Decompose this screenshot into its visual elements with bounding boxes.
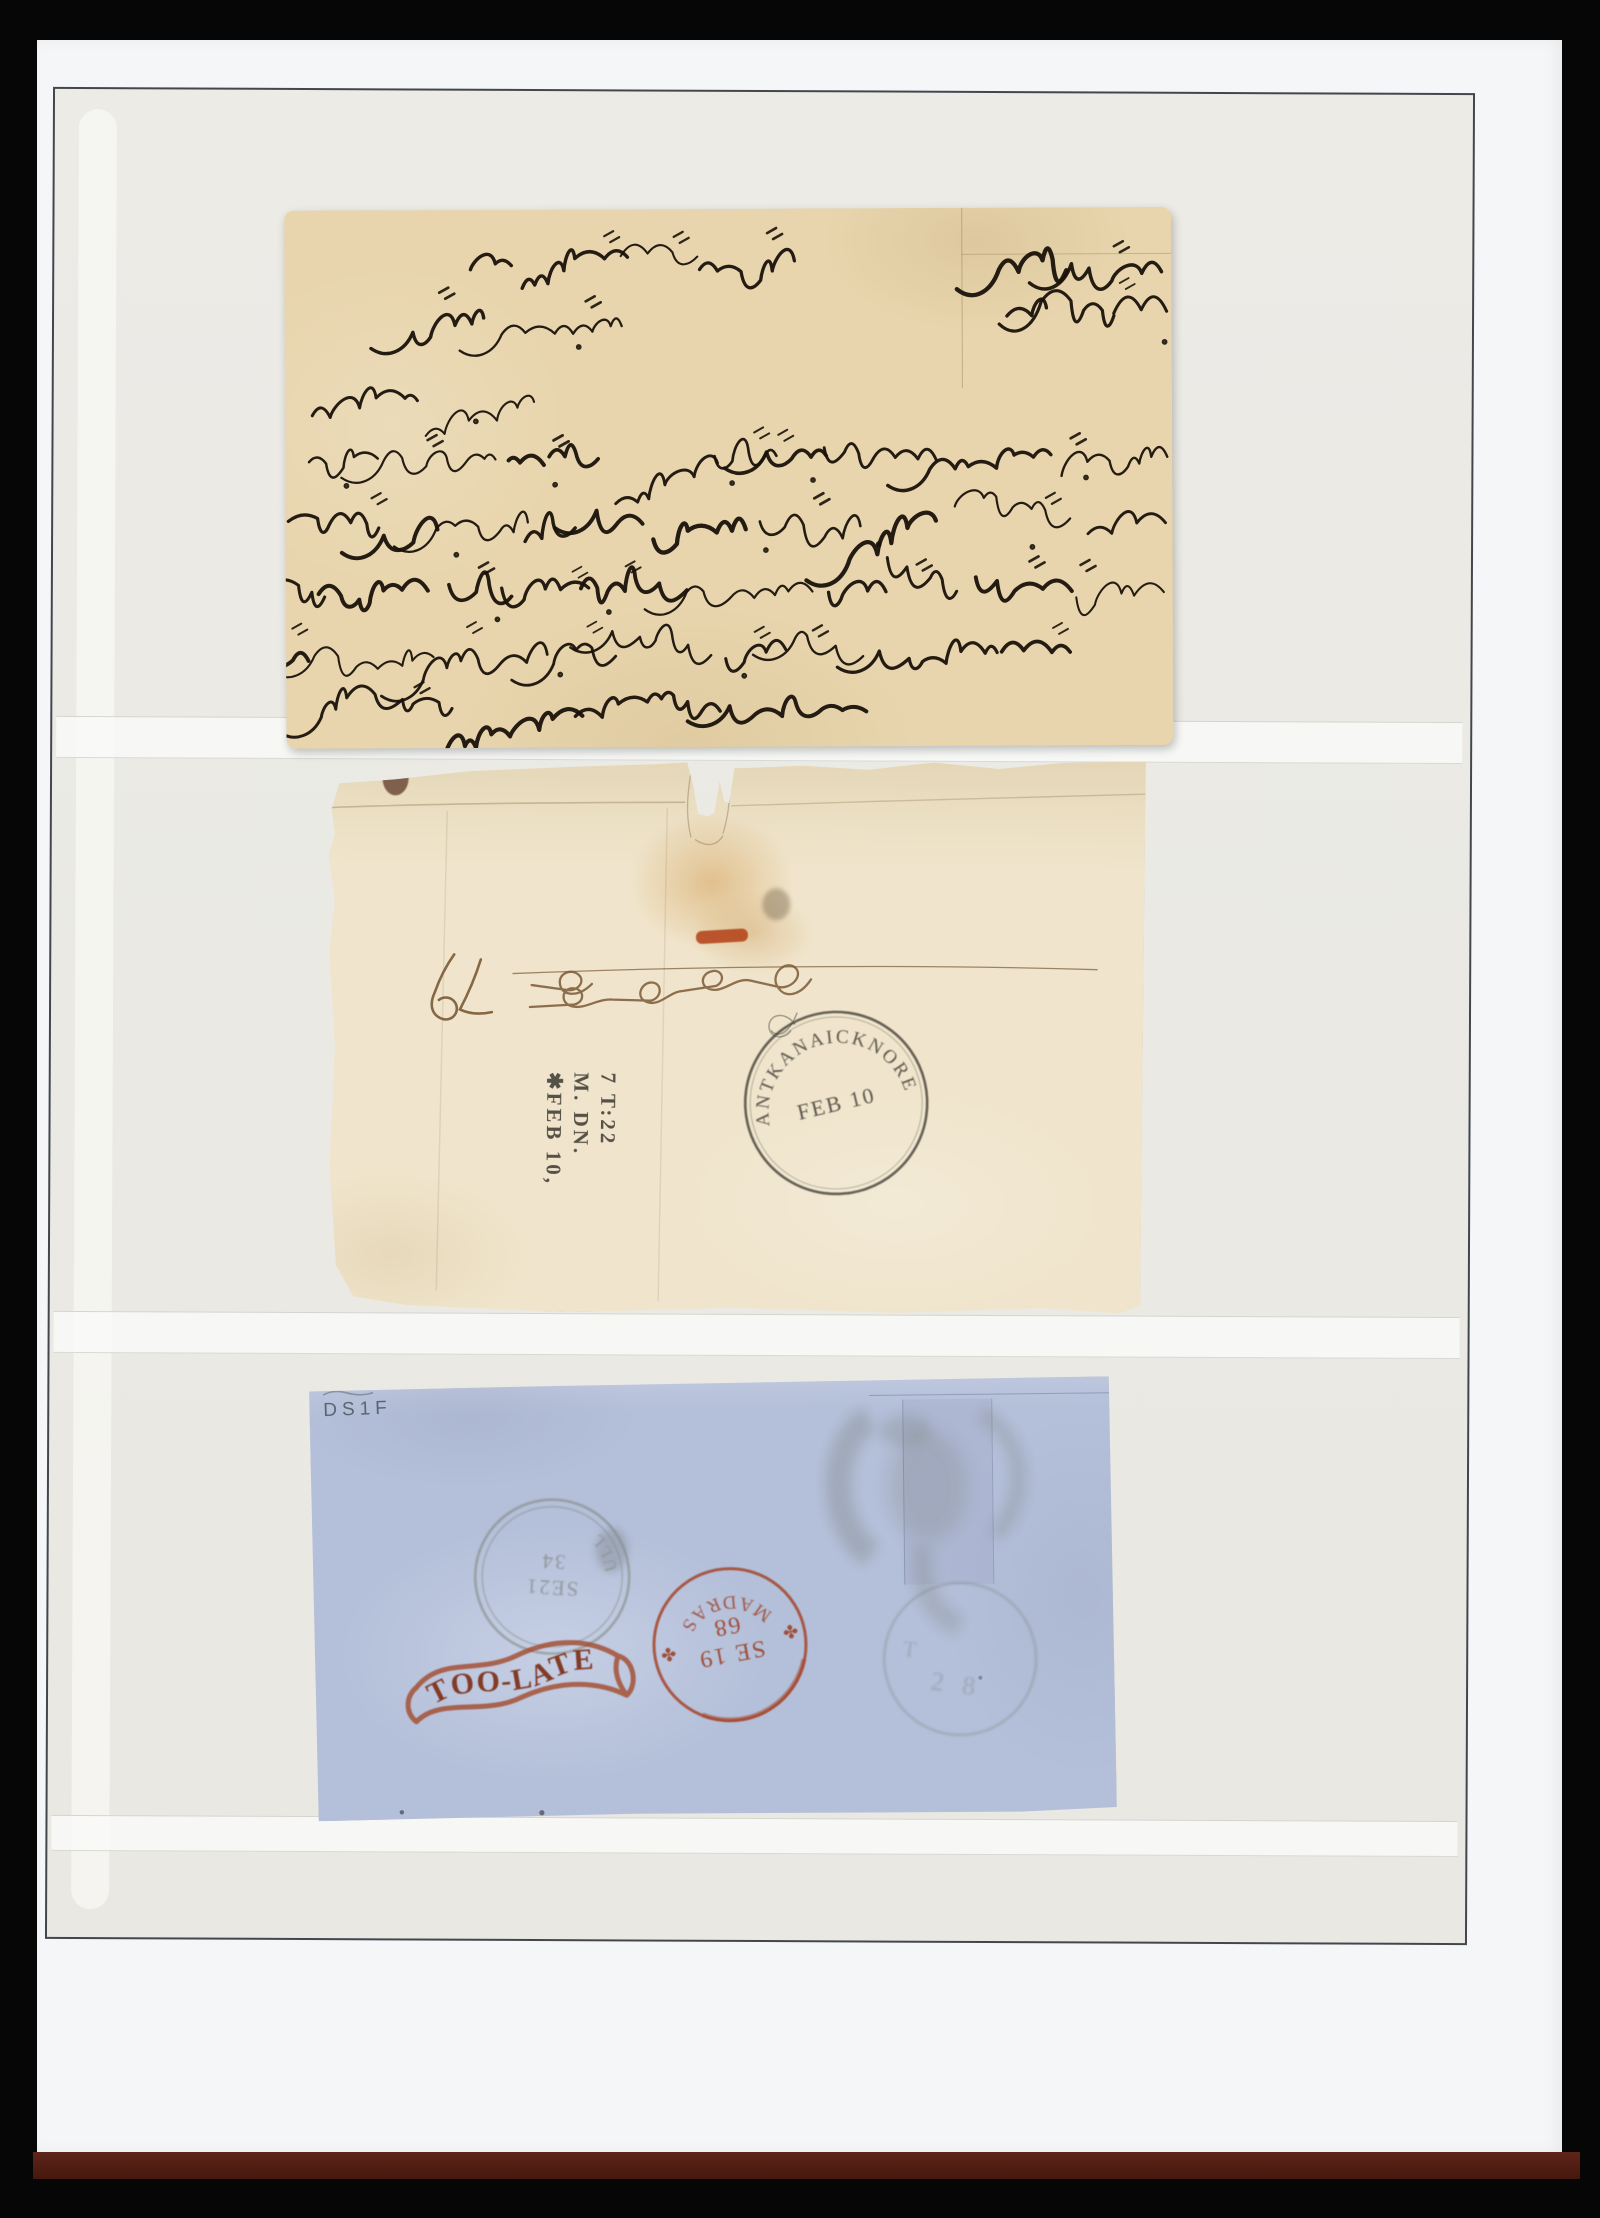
mount-channel [71,109,117,1909]
postmarks: ULL SE21 34 TOO-LATE ✤ [309,1376,1117,1821]
cover-cream-entire: ANTKANAICKNORE FEB 10 7 T:22 M. DN. ✱FEB… [324,750,1146,1319]
cds-antkanaicknore: ANTKANAICKNORE FEB 10 [727,993,946,1212]
docket-numerals [430,952,498,1024]
seal-remnant [382,761,408,795]
faint-cds-chars: 2 8 [929,1667,983,1702]
album-binder-edge [33,2152,1580,2179]
handstamp-line1: 7 T:22 [593,1072,622,1232]
faint-cds-extra: T [901,1636,918,1663]
transit-handstamp: 7 T:22 M. DN. ✱FEB 10, [536,1072,622,1233]
gray-cds-line2: 34 [540,1549,566,1574]
red-cds-ornament-left: ✤ [781,1620,800,1642]
cds-red-madras: ✤ ✤ SE 19 68 MADRAS [641,1556,818,1733]
cover-native-letter [284,207,1173,749]
cds-date-text: FEB 10 [795,1082,878,1125]
pocket-strip [54,1311,1460,1359]
wax-streak [696,928,749,944]
manuscript-script [284,207,1173,749]
cds-gray-faint: ULL SE21 34 [471,1495,634,1658]
handstamp-star: ✱ [542,1072,566,1093]
cds-faint-circle: 2 8 T [875,1574,1045,1744]
manuscript-address [530,945,812,1029]
handstamp-line2: M. DN. [566,1072,595,1232]
handstamp-line3: FEB 10, [541,1092,566,1186]
red-cds-date: SE 19 [696,1634,768,1672]
pencil-squiggle [769,1012,797,1037]
crest-smudge [837,1413,1020,1627]
cover-blue-entire: DS1F ULL SE21 34 [309,1376,1117,1821]
pocket-strip [51,1815,1457,1857]
cover-markings: ANTKANAICKNORE FEB 10 [324,750,1146,1319]
too-late-handstamp: TOO-LATE [403,1635,636,1722]
gray-cds-line1: SE21 [524,1574,579,1601]
page-frame: ANTKANAICKNORE FEB 10 7 T:22 M. DN. ✱FEB… [45,87,1475,1945]
scanned-album-page: ANTKANAICKNORE FEB 10 7 T:22 M. DN. ✱FEB… [0,0,1600,2218]
red-cds-ornament-right: ✤ [659,1643,678,1665]
pencil-scribble [323,1391,373,1395]
